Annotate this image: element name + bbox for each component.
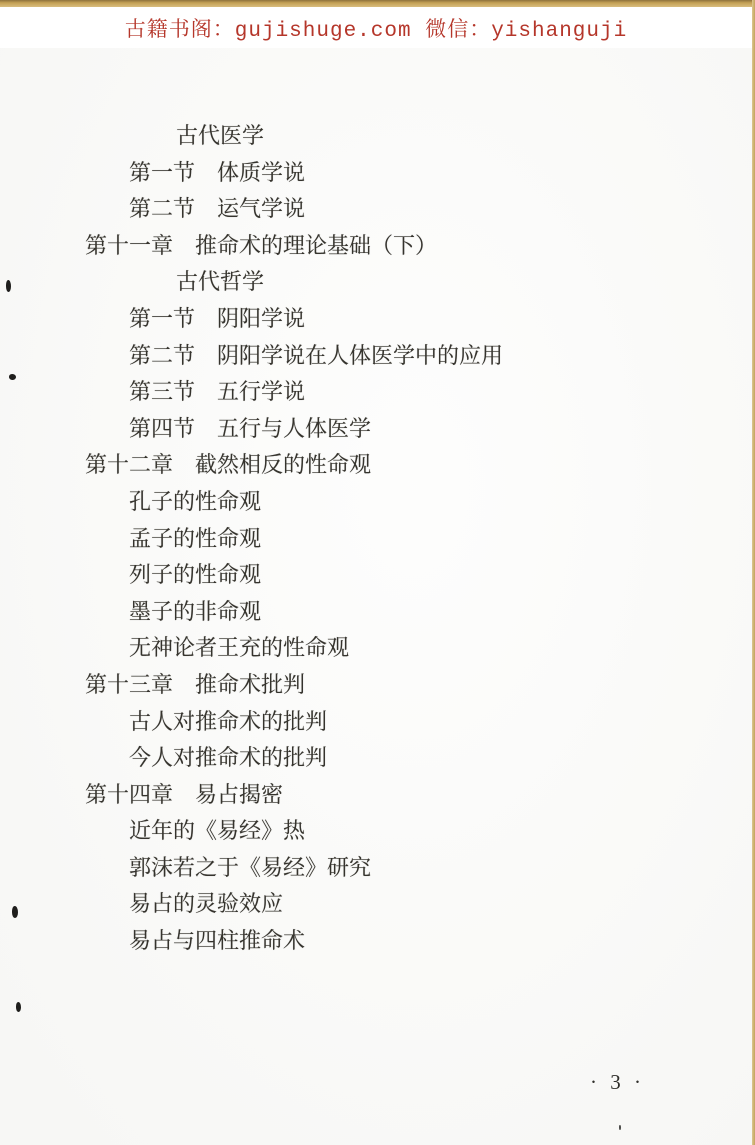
ink-speck: [16, 1002, 21, 1012]
toc-entry: 第二节 阴阳学说在人体医学中的应用: [0, 338, 755, 375]
ink-speck: [619, 1125, 621, 1130]
toc-entry: 第一节 阴阳学说: [0, 301, 755, 338]
toc-entry: 古代哲学: [0, 264, 755, 301]
toc-entry: 易占的灵验效应: [0, 886, 755, 923]
toc-entry: 第二节 运气学说: [0, 191, 755, 228]
ink-speck: [6, 280, 11, 292]
toc-entry: 郭沫若之于《易经》研究: [0, 850, 755, 887]
toc-entry: 列子的性命观: [0, 557, 755, 594]
ink-speck: [9, 374, 16, 380]
toc-entry: 第三节 五行学说: [0, 374, 755, 411]
toc-entry: 第十一章 推命术的理论基础（下）: [0, 228, 755, 265]
site-watermark-text: 古籍书阁：gujishuge.com 微信：yishanguji: [125, 13, 627, 43]
toc-entry: 古人对推命术的批判: [0, 704, 755, 741]
toc-entry: 今人对推命术的批判: [0, 740, 755, 777]
toc-entry: 第一节 体质学说: [0, 155, 755, 192]
page-number: · 3 ·: [590, 1070, 645, 1095]
toc-entry: 墨子的非命观: [0, 594, 755, 631]
window-top-border: [0, 0, 755, 7]
toc-entry: 第十二章 截然相反的性命观: [0, 447, 755, 484]
ink-speck: [12, 906, 18, 918]
site-header: 古籍书阁：gujishuge.com 微信：yishanguji: [0, 7, 752, 48]
toc-entry: 第四节 五行与人体医学: [0, 411, 755, 448]
toc-entry: 无神论者王充的性命观: [0, 630, 755, 667]
toc-entry: 孔子的性命观: [0, 484, 755, 521]
toc-entry: 易占与四柱推命术: [0, 923, 755, 960]
toc-entry: 古代医学: [0, 118, 755, 155]
toc-entry: 第十三章 推命术批判: [0, 667, 755, 704]
toc-entry: 第十四章 易占揭密: [0, 777, 755, 814]
toc-list: 古代医学第一节 体质学说第二节 运气学说第十一章 推命术的理论基础（下）古代哲学…: [0, 118, 755, 960]
toc-entry: 近年的《易经》热: [0, 813, 755, 850]
toc-entry: 孟子的性命观: [0, 521, 755, 558]
